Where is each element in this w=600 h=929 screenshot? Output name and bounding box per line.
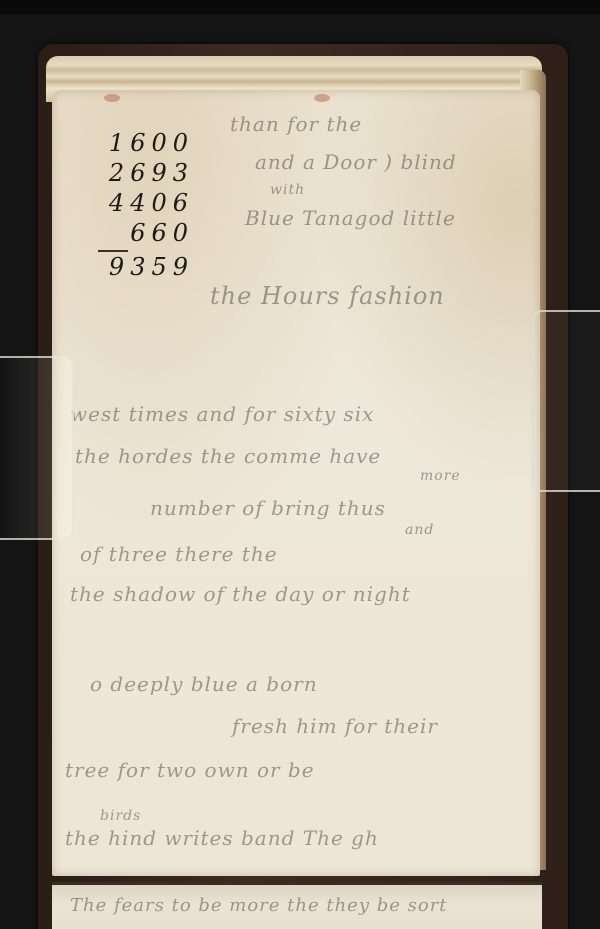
pencil-line: the hordes the comme have <box>75 444 381 468</box>
sum-total: 9359 <box>94 252 194 282</box>
pencil-line: birds <box>100 808 141 824</box>
pencil-line: west times and for sixty six <box>70 402 374 426</box>
pencil-line: the Hours fashion <box>210 282 445 310</box>
pencil-line: more <box>420 468 461 484</box>
pencil-line: and a Door ) blind <box>255 150 457 174</box>
sum-row: 1600 <box>94 128 194 158</box>
sum-row: 4406 <box>94 188 194 218</box>
pencil-line: of three there the <box>80 542 278 566</box>
pencil-line: The fears to be more the they be sort <box>70 895 448 916</box>
pencil-line: and <box>405 522 434 538</box>
pencil-line: with <box>270 182 305 198</box>
pencil-line: than for the <box>230 112 362 136</box>
background-top <box>0 0 600 14</box>
pencil-line: o deeply blue a born <box>90 672 318 696</box>
left-plastic-clip <box>0 356 74 540</box>
ink-sum: 1600 2693 4406 660 9359 <box>94 128 194 282</box>
right-plastic-clip <box>532 310 600 492</box>
pencil-line: Blue Tanagod little <box>245 206 456 230</box>
pencil-line: the shadow of the day or night <box>70 582 411 606</box>
rust-stain <box>314 94 330 102</box>
pencil-line: number of bring thus <box>150 496 386 520</box>
pencil-line: fresh him for their <box>232 714 438 738</box>
sum-row: 660 <box>94 218 194 248</box>
pencil-line: tree for two own or be <box>65 758 315 782</box>
rust-stain <box>104 94 120 102</box>
sum-row: 2693 <box>94 158 194 188</box>
pencil-line: the hind writes band The gh <box>65 826 379 850</box>
